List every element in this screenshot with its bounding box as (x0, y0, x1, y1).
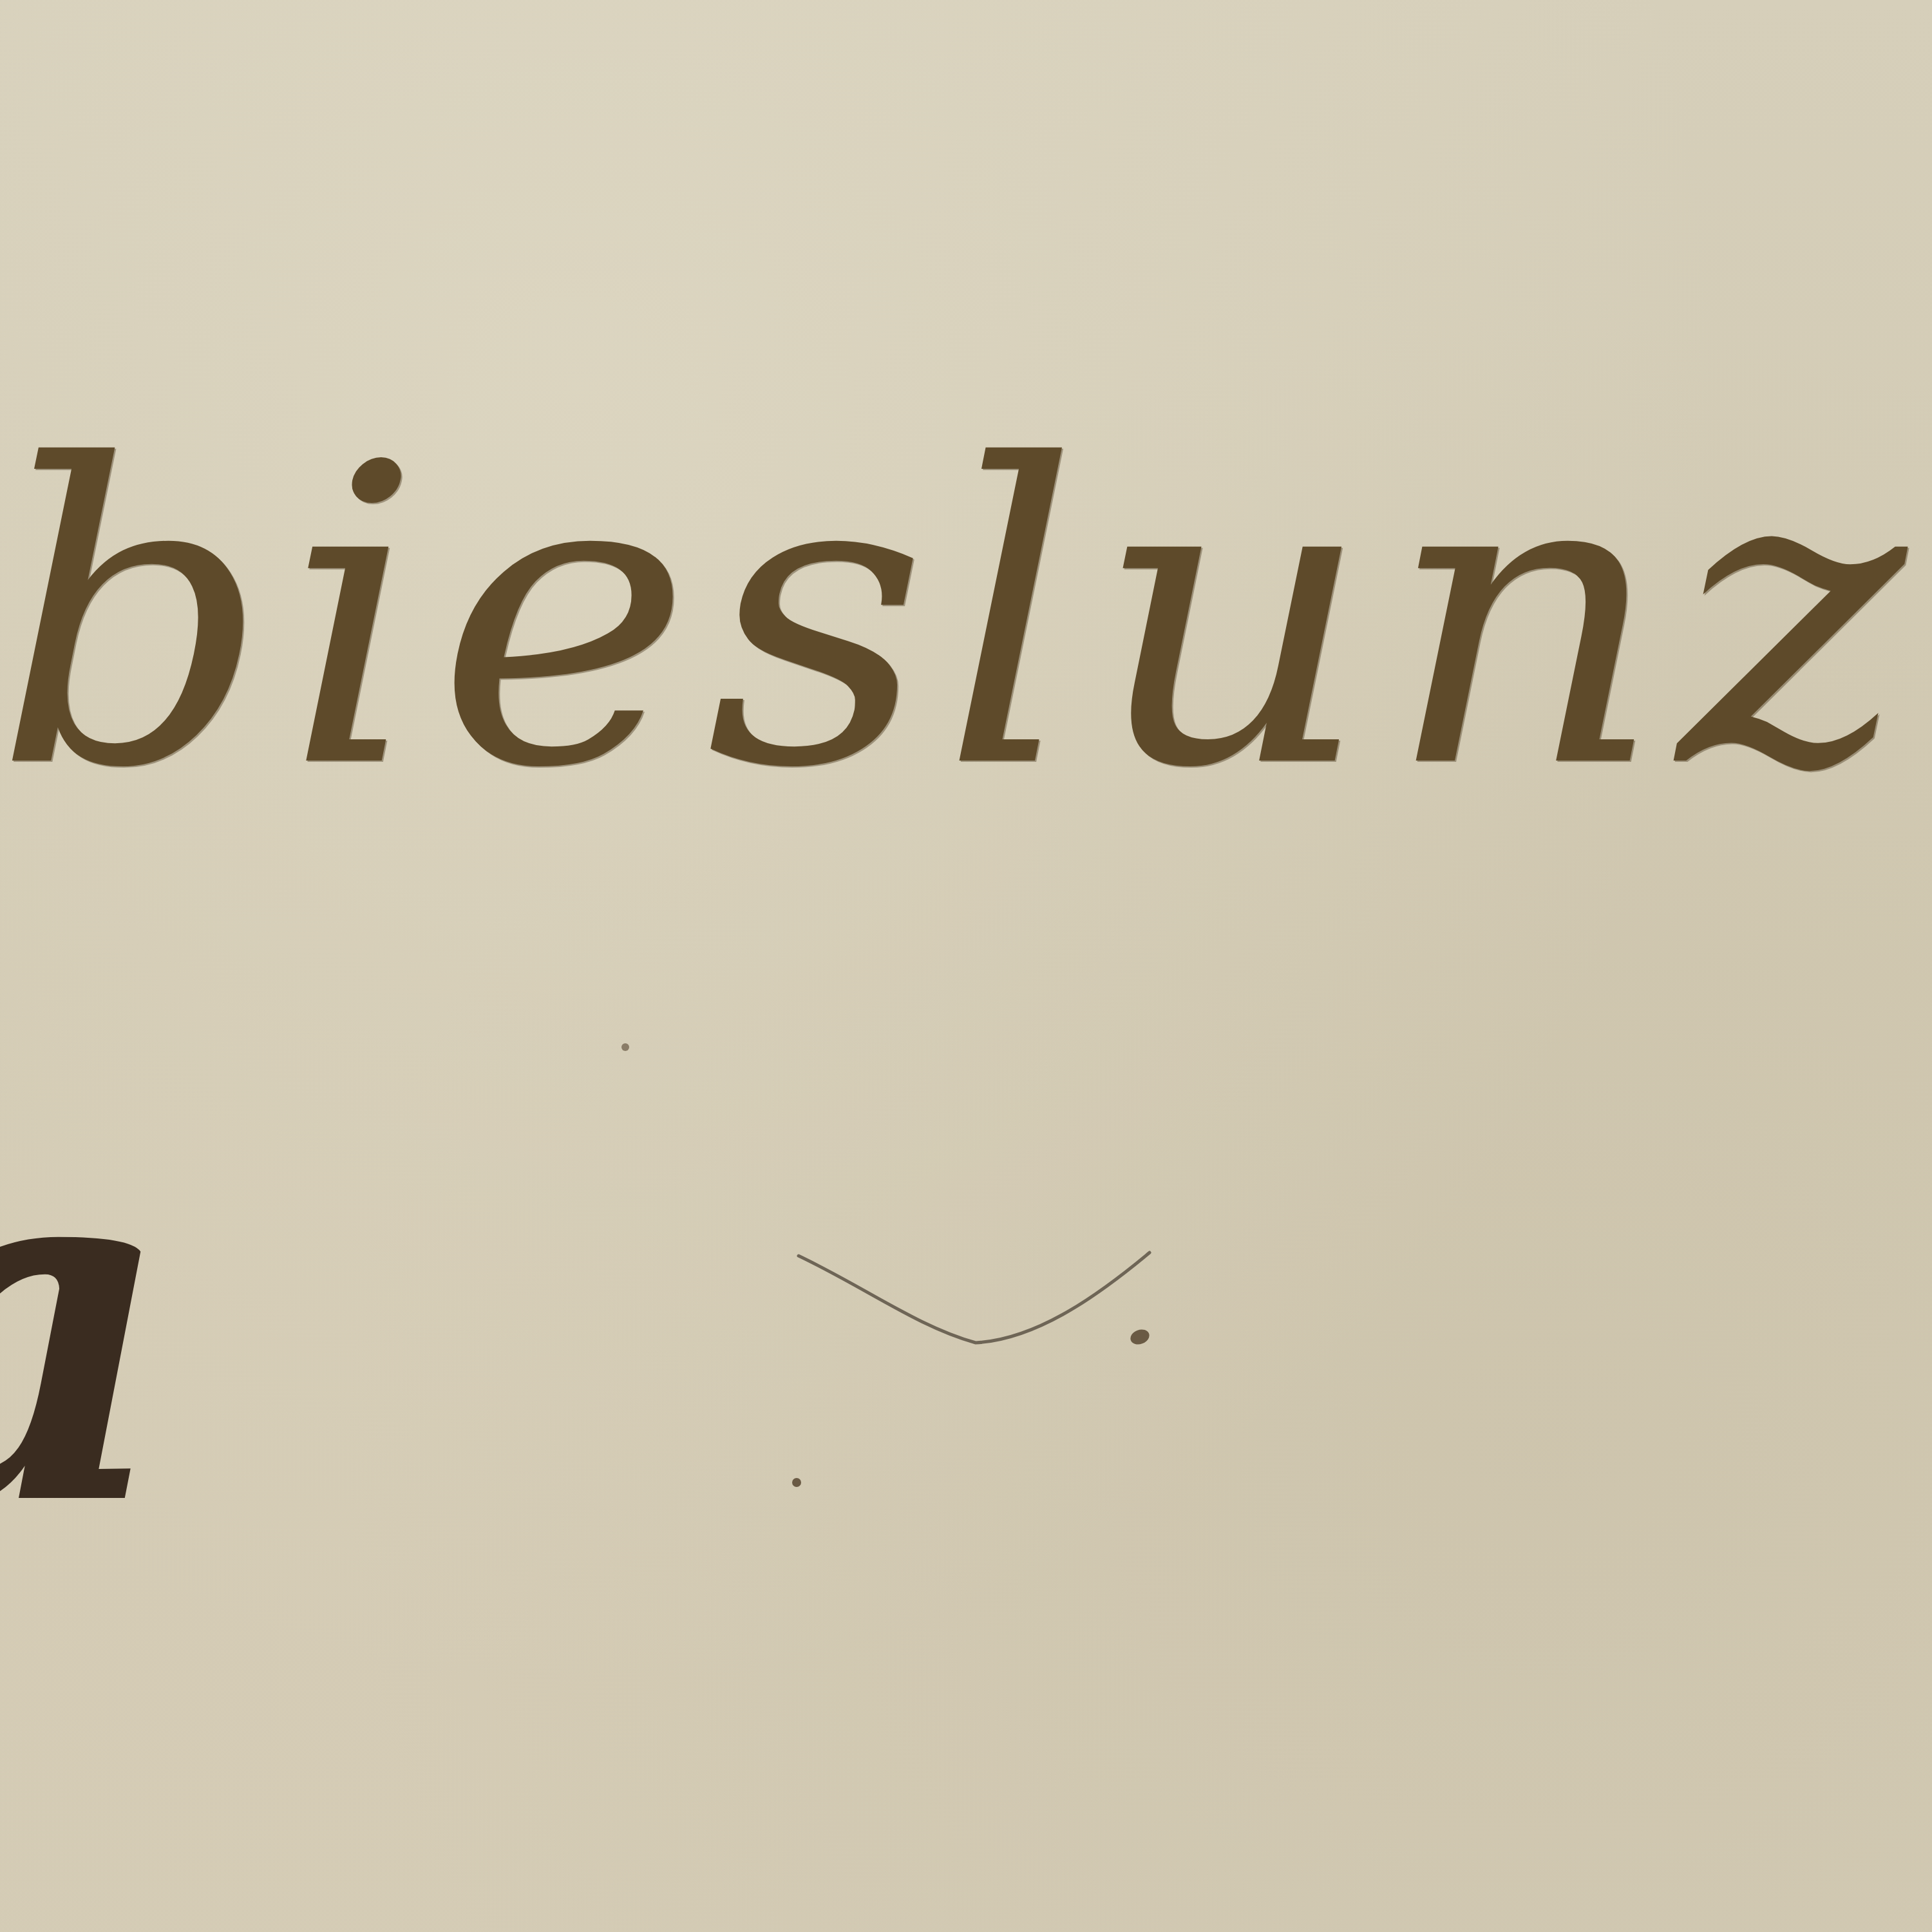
hair-scratch-mark (789, 1249, 1162, 1352)
parchment-background (0, 0, 1932, 1932)
manuscript-letter-line-2: a (0, 1082, 188, 1571)
manuscript-word-line-1: bieslunza (0, 412, 1932, 824)
ink-dot (621, 1043, 629, 1051)
ink-dot (792, 1478, 801, 1487)
